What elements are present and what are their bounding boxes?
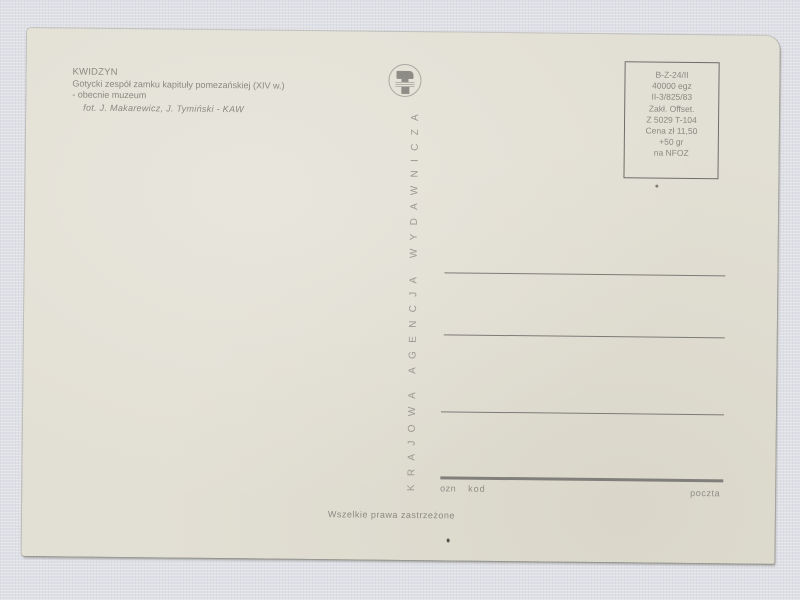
label-ozn: ozn xyxy=(440,483,456,493)
rights-notice: Wszelkie prawa zastrzeżone xyxy=(328,509,455,520)
address-line-1 xyxy=(444,272,725,276)
print-info-box: B-Z-24/II 40000 egz II-3/825/83 Zakł. Of… xyxy=(623,61,719,179)
caption-title: KWIDZYN xyxy=(72,66,117,77)
print-info-line: Z 5029 T-104 xyxy=(625,114,718,126)
kaw-logo-icon xyxy=(388,64,421,97)
postal-code-line xyxy=(440,476,723,482)
print-info-line: II-3/825/83 xyxy=(625,92,718,104)
label-kod: kod xyxy=(468,484,486,494)
print-info-line: B-Z-24/II xyxy=(625,69,718,81)
print-info-line: 40000 egz xyxy=(625,80,718,92)
print-info-line: +50 gr xyxy=(625,136,718,148)
print-info-line: Zakł. Offset. xyxy=(625,103,718,115)
address-line-3 xyxy=(441,411,724,415)
ink-speck xyxy=(447,538,450,542)
postcard-back: KWIDZYN Gotycki zespół zamku kapituły po… xyxy=(21,28,779,564)
address-line-2 xyxy=(444,334,725,338)
photo-credit: fot. J. Makarewicz, J. Tymiński - KAW xyxy=(83,103,244,115)
print-info-line: Cena zł 11,50 xyxy=(625,125,718,137)
print-info-line: na NFOZ xyxy=(625,148,718,160)
ink-speck xyxy=(655,185,658,188)
label-poczta: poczta xyxy=(690,488,720,498)
caption-description-line2: - obecnie muzeum xyxy=(72,89,146,100)
publisher-name-vertical: KRAJOWA AGENCJA WYDAWNICZA xyxy=(406,106,421,491)
